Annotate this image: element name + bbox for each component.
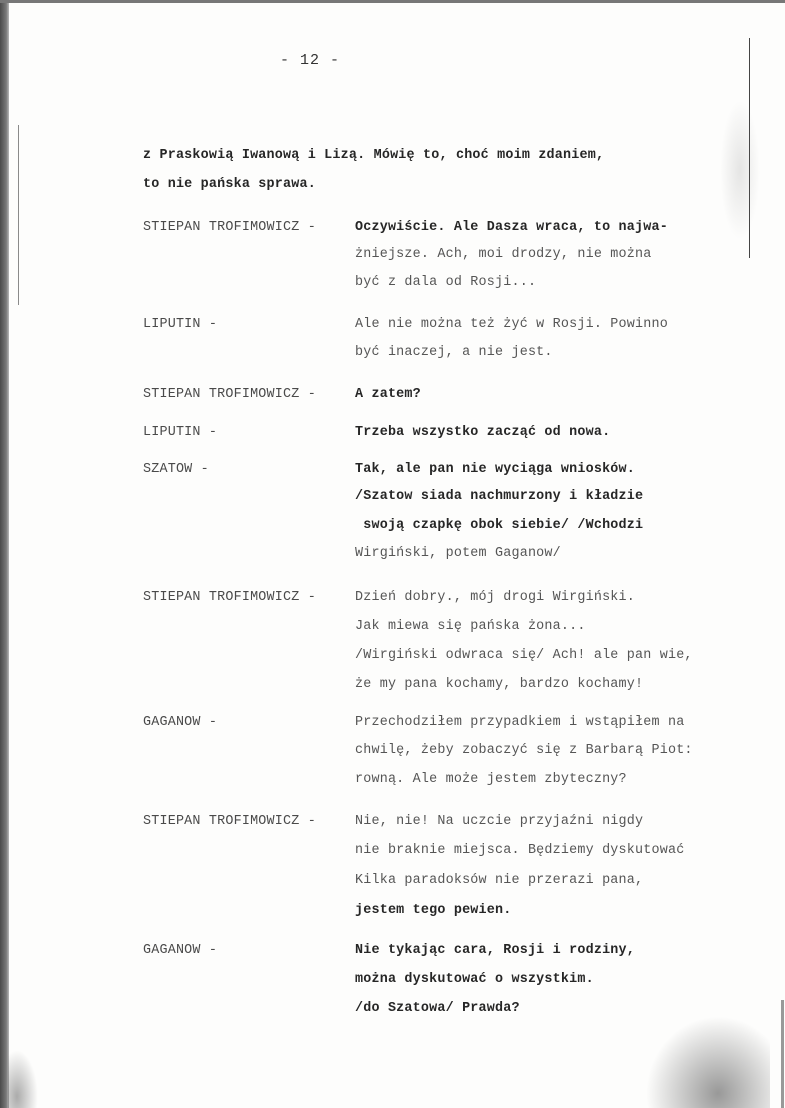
- dialogue-line: że my pana kochamy, bardzo kochamy!: [355, 677, 643, 692]
- scan-smudge-top-right: [720, 100, 760, 240]
- dialogue-line: swoją czapkę obok siebie/ /Wchodzi: [355, 518, 643, 533]
- dialogue-line: Kilka paradoksów nie przerazi pana,: [355, 873, 643, 888]
- dialogue-line: Dzień dobry., mój drogi Wirgiński.: [355, 590, 635, 605]
- speaker-name: STIEPAN TROFIMOWICZ -: [143, 590, 316, 605]
- dialogue-line: nie braknie miejsca. Będziemy dyskutować: [355, 843, 684, 858]
- dialogue-line: rowną. Ale może jestem zbyteczny?: [355, 772, 627, 787]
- dialogue-line: Nie, nie! Na uczcie przyjaźni nigdy: [355, 814, 643, 829]
- dialogue-line: /do Szatowa/ Prawda?: [355, 1001, 520, 1016]
- dialogue-line: chwilę, żeby zobaczyć się z Barbarą Piot…: [355, 743, 693, 758]
- dialogue-line: Tak, ale pan nie wyciąga wniosków.: [355, 462, 635, 477]
- dialogue-line: Nie tykając cara, Rosji i rodziny,: [355, 943, 635, 958]
- scan-left-edge: [0, 0, 9, 1108]
- dialogue-line: jestem tego pewien.: [355, 903, 511, 918]
- speaker-name: STIEPAN TROFIMOWICZ -: [143, 814, 316, 829]
- speaker-name: LIPUTIN -: [143, 317, 217, 332]
- speaker-name: GAGANOW -: [143, 943, 217, 958]
- dialogue-line: Jak miewa się pańska żona...: [355, 619, 586, 634]
- scan-left-edge-smudge: [8, 1050, 38, 1108]
- opening-line: z Praskowią Iwanową i Lizą. Mówię to, ch…: [143, 148, 604, 163]
- dialogue-line: można dyskutować o wszystkim.: [355, 972, 594, 987]
- dialogue-line: Wirgiński, potem Gaganow/: [355, 546, 561, 561]
- speaker-name: SZATOW -: [143, 462, 209, 477]
- dialogue-line: być z dala od Rosji...: [355, 275, 536, 290]
- page-number: - 12 -: [0, 52, 620, 69]
- dialogue-line: być inaczej, a nie jest.: [355, 345, 553, 360]
- opening-line: to nie pańska sprawa.: [143, 177, 316, 192]
- dialogue-line: Trzeba wszystko zacząć od nowa.: [355, 425, 610, 440]
- dialogue-line: Oczywiście. Ale Dasza wraca, to najwa-: [355, 220, 668, 235]
- speaker-name: GAGANOW -: [143, 715, 217, 730]
- dialogue-line: A zatem?: [355, 387, 421, 402]
- speaker-name: LIPUTIN -: [143, 425, 217, 440]
- dialogue-line: Ale nie można też żyć w Rosji. Powinno: [355, 317, 668, 332]
- dialogue-line: żniejsze. Ach, moi drodzy, nie można: [355, 247, 652, 262]
- scan-smudge-bottom-right: [640, 1010, 770, 1108]
- dialogue-line: /Wirgiński odwraca się/ Ach! ale pan wie…: [355, 648, 693, 663]
- scan-right-edge: [781, 1000, 784, 1108]
- dialogue-line: Przechodziłem przypadkiem i wstąpiłem na: [355, 715, 684, 730]
- speaker-name: STIEPAN TROFIMOWICZ -: [143, 387, 316, 402]
- speaker-name: STIEPAN TROFIMOWICZ -: [143, 220, 316, 235]
- scan-top-border: [0, 0, 785, 3]
- dialogue-line: /Szatow siada nachmurzony i kładzie: [355, 489, 643, 504]
- fold-line-left: [18, 125, 19, 305]
